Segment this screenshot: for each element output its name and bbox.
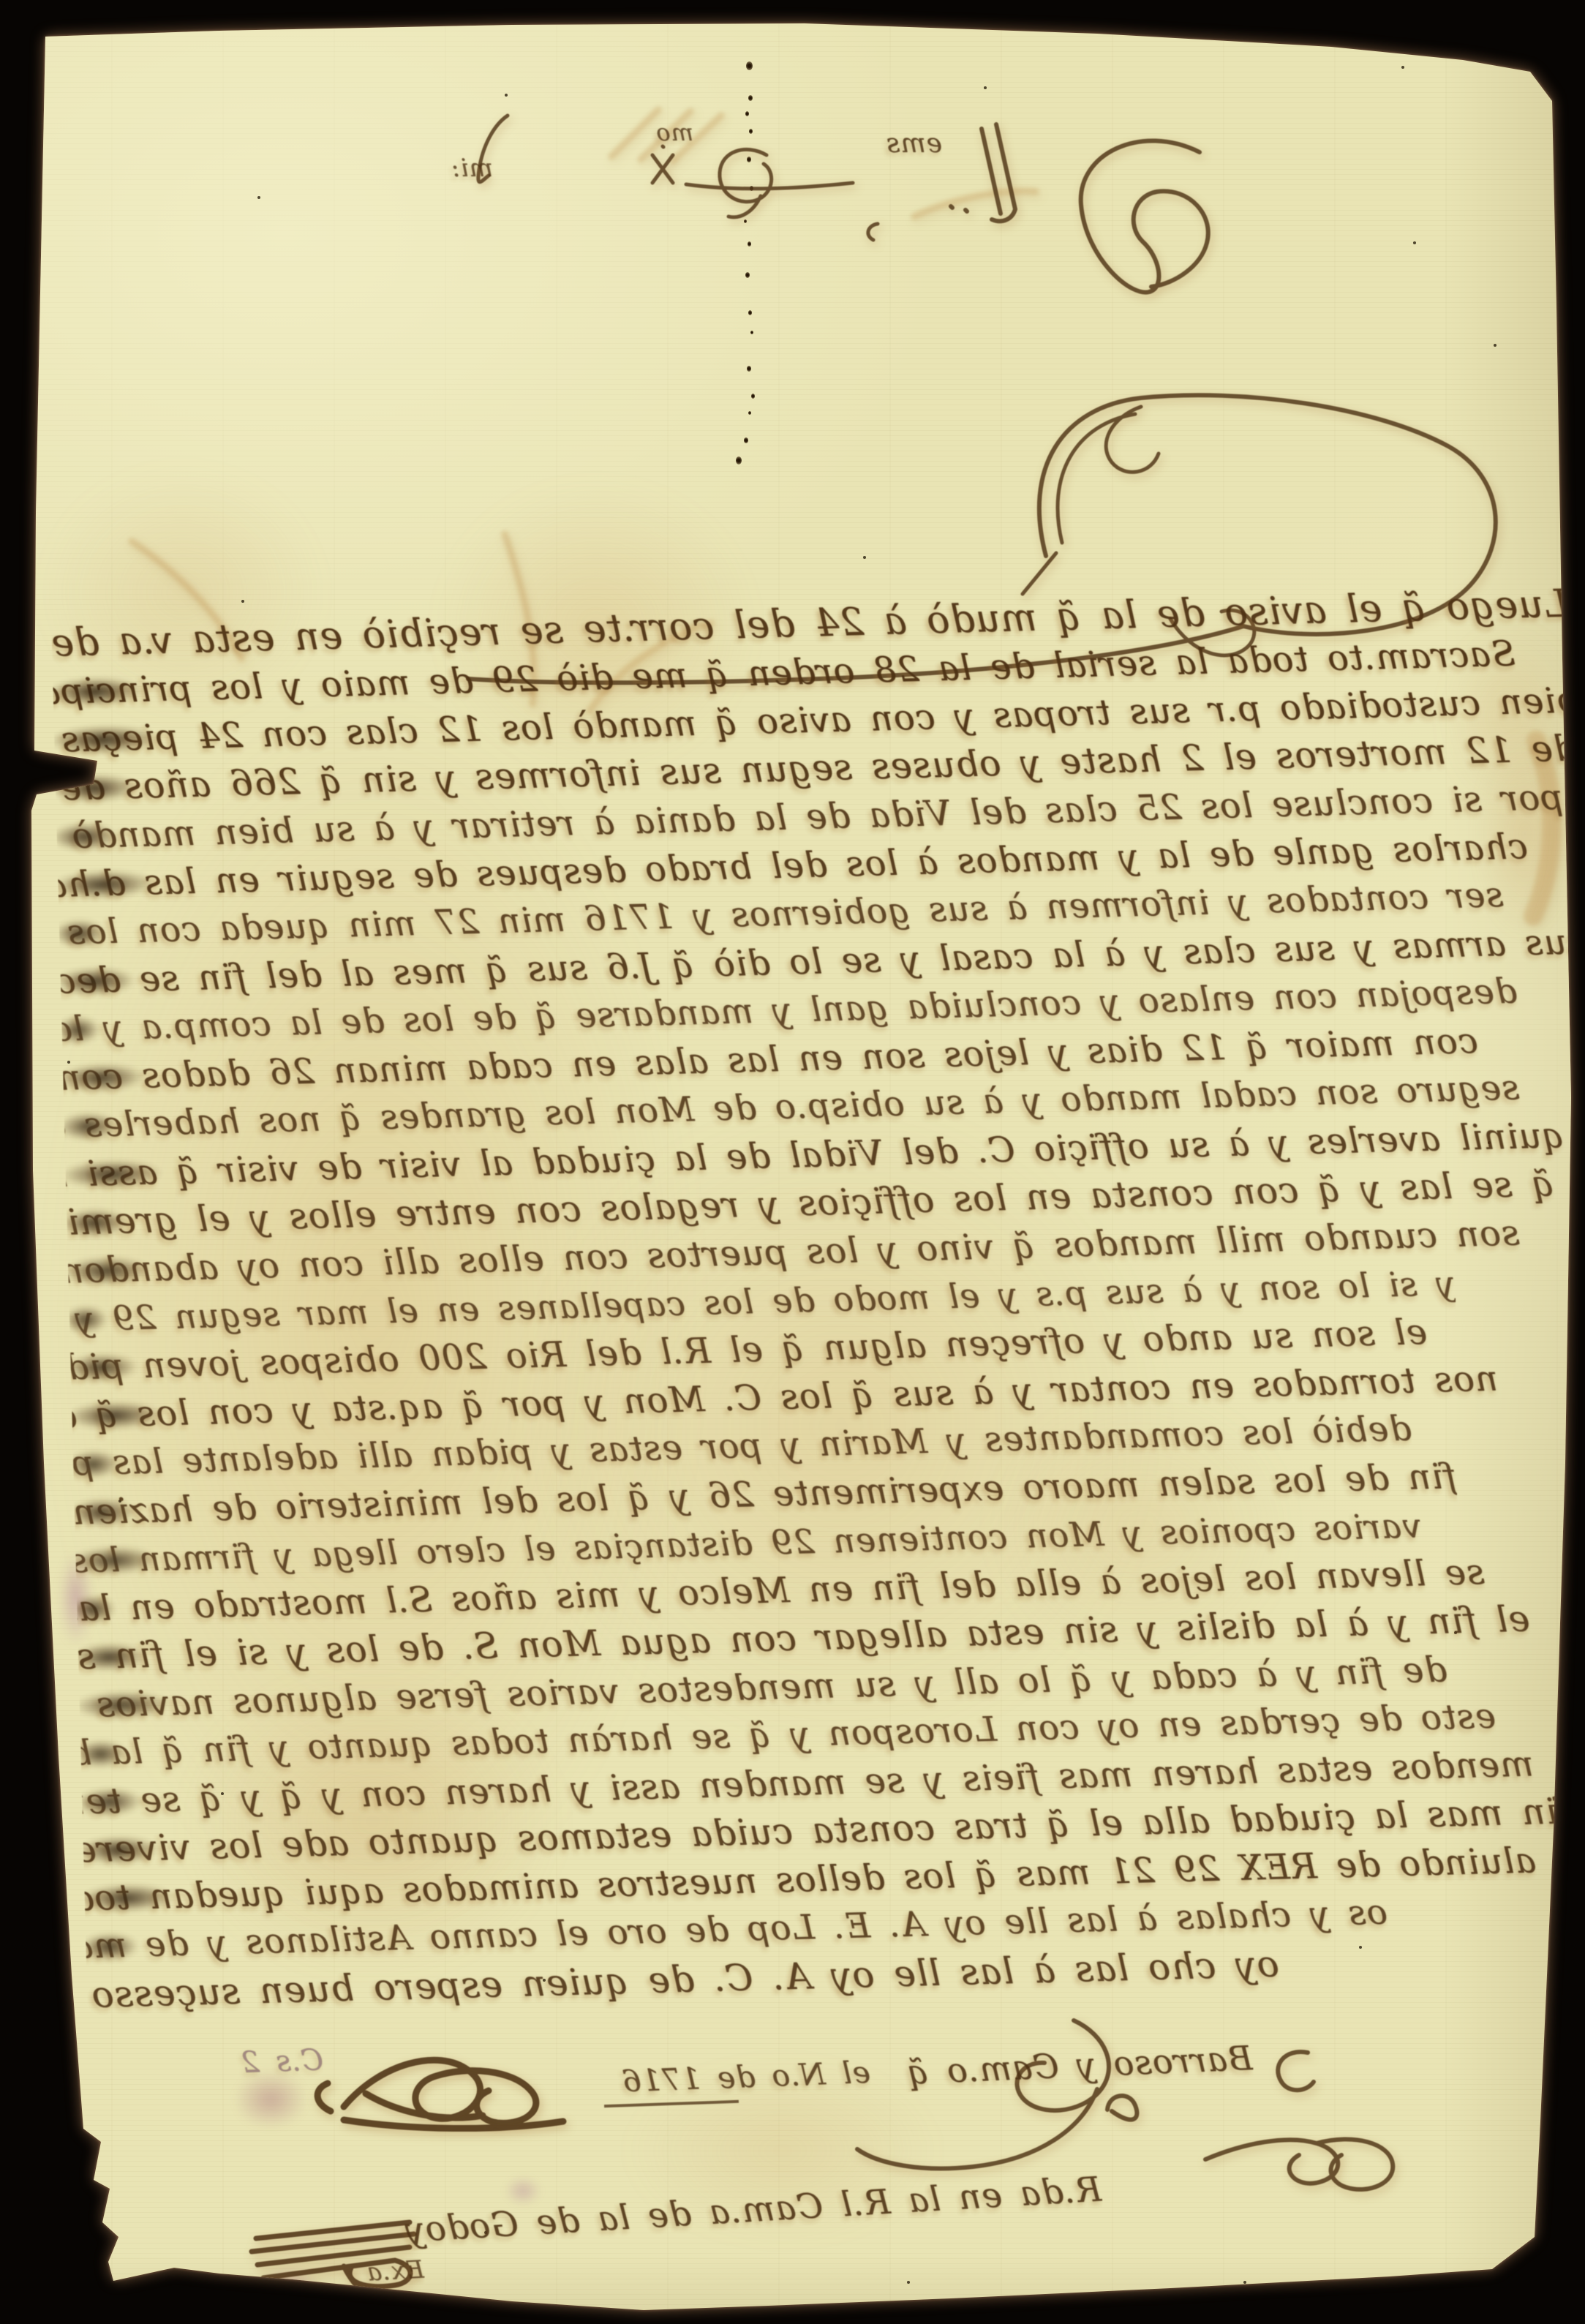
paper-shadow-wrap: ems mo mi: Luego q̃ el aviso de la q̃ mu… [0,0,1585,2324]
docket-sub-text: Ex.a [328,2255,425,2290]
salutation-loop-mark [720,149,772,217]
scanner-background: { "meta": { "title": "Scanned historical… [0,0,1585,2324]
small-c-mark [868,224,878,240]
right-c-curl [1278,2052,1314,2090]
salutation-mo-text: mo [628,119,693,146]
flourish-heart-loop [1081,140,1208,292]
salutation-cross-mark [652,146,673,183]
salutation-mi: mi: [405,154,493,183]
salutation-mo: mo [628,119,693,146]
salutation-ems-text: ems [840,129,942,159]
closing-purple-mark-text: C.s 2 [213,2043,324,2080]
signature-small-loop [1107,2096,1137,2120]
manuscript-paper: ems mo mi: Luego q̃ el aviso de la q̃ mu… [0,0,1585,2324]
double-slash-mark [951,124,1015,221]
right-double-loop-curl [1205,2140,1393,2190]
signature-s-swash [857,2020,1109,2169]
manuscript-body-block: Luego q̃ el aviso de la q̃ mudò à 24 del… [51,579,1585,2018]
salutation-mi-text: mi: [405,154,493,183]
closing-purple-mark: C.s 2 [213,2043,324,2080]
docket-sub-fragment: Ex.a [328,2255,425,2290]
salutation-ems: ems [840,129,942,159]
signature-rubric-knot [317,2060,563,2128]
